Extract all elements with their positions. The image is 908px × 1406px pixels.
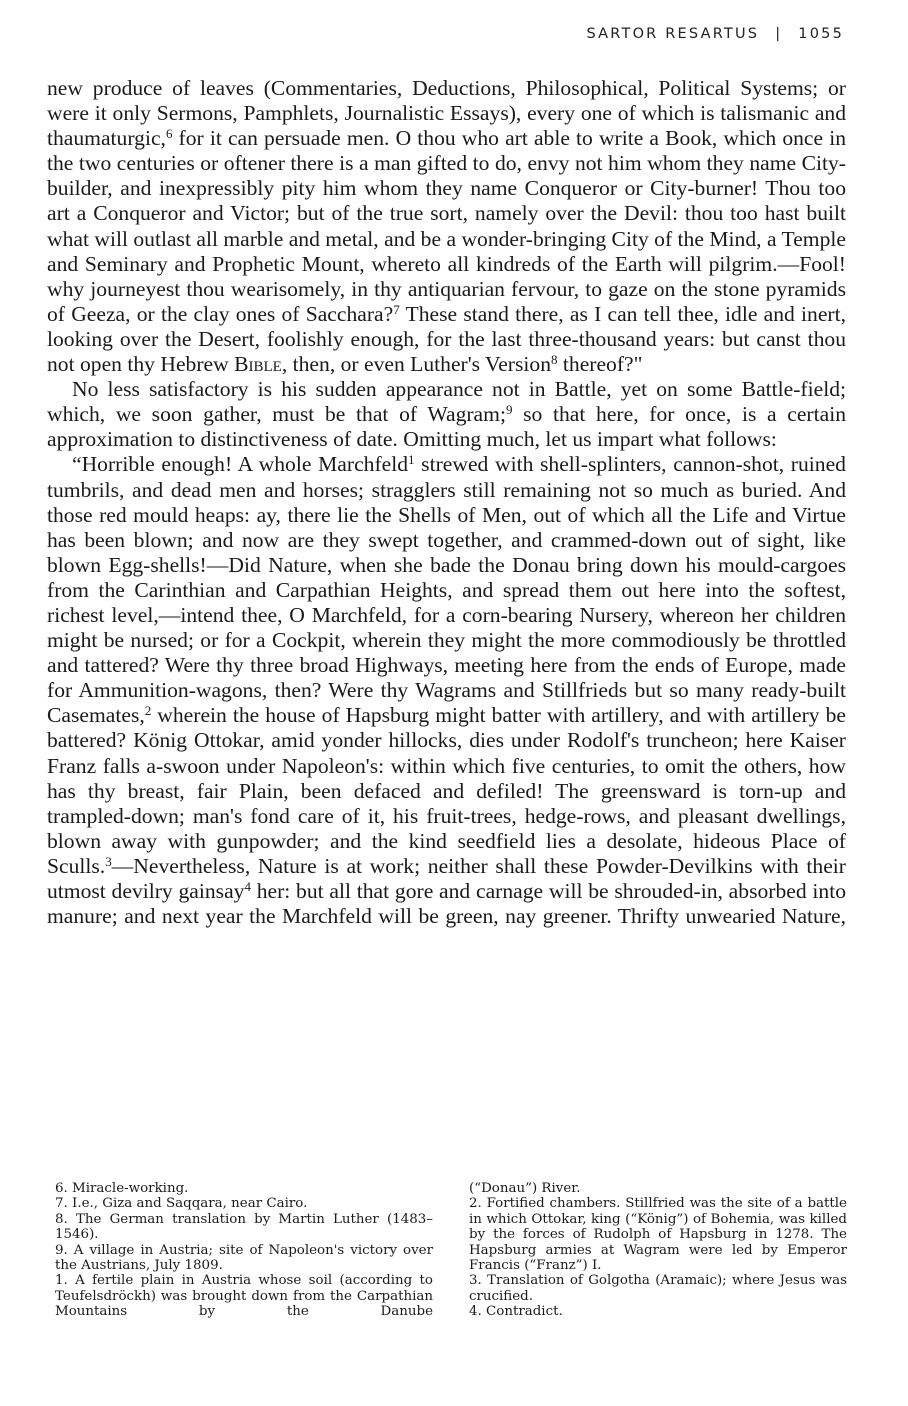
main-text: new produce of leaves (Commentaries, Ded… <box>47 76 846 929</box>
text-run: , then, or even Luther's Version <box>282 352 551 376</box>
footnote-2: 2. Fortified chambers. Stillfried was th… <box>469 1196 847 1273</box>
footnotes-left-column: 6. Miracle-working. 7. I.e., Giza and Sa… <box>55 1181 433 1320</box>
text-run: thereof?" <box>558 352 643 376</box>
paragraph-continuation: new produce of leaves (Commentaries, Ded… <box>47 76 846 377</box>
footnote-6: 6. Miracle-working. <box>55 1181 433 1196</box>
footnote-7: 7. I.e., Giza and Saqqara, near Cairo. <box>55 1196 433 1211</box>
paragraph-marchfeld: “Horrible enough! A whole Marchfeld1 str… <box>47 452 846 929</box>
page-number: 1055 <box>798 26 844 42</box>
text-run: wherein the house of Hapsburg might batt… <box>47 703 846 878</box>
text-run: for it can persuade men. O thou who art … <box>47 126 846 326</box>
footnotes: 6. Miracle-working. 7. I.e., Giza and Sa… <box>55 1181 847 1320</box>
footnote-9: 9. A village in Austria; site of Napoleo… <box>55 1243 433 1274</box>
footnote-1-continued: (“Donau”) River. <box>469 1181 847 1196</box>
footnote-4: 4. Contradict. <box>469 1304 847 1319</box>
bible-smallcaps: Bible <box>234 352 282 376</box>
footnote-3: 3. Translation of Golgotha (Aramaic); wh… <box>469 1273 847 1304</box>
footnotes-right-column: (“Donau”) River. 2. Fortified chambers. … <box>469 1181 847 1320</box>
footnote-ref-4[interactable]: 4 <box>244 879 251 894</box>
footnote-ref-8[interactable]: 8 <box>551 352 558 367</box>
paragraph-wagram: No less satisfactory is his sudden appea… <box>47 377 846 452</box>
footnote-ref-6[interactable]: 6 <box>166 126 173 141</box>
footnote-ref-1[interactable]: 1 <box>408 452 415 467</box>
running-head-separator: | <box>775 26 782 42</box>
footnote-1: 1. A fertile plain in Austria whose soil… <box>55 1273 433 1319</box>
footnote-ref-7[interactable]: 7 <box>393 302 400 317</box>
running-head: SARTOR RESARTUS|1055 <box>587 26 845 42</box>
footnote-ref-9[interactable]: 9 <box>506 402 513 417</box>
footnote-ref-3[interactable]: 3 <box>105 854 112 869</box>
footnote-ref-2[interactable]: 2 <box>145 703 152 718</box>
text-run: strewed with shell-splinters, cannon-sho… <box>47 452 846 727</box>
text-run: “Horrible enough! A whole Marchfeld <box>72 452 408 476</box>
running-head-title: SARTOR RESARTUS <box>587 26 760 42</box>
footnote-8: 8. The German translation by Martin Luth… <box>55 1212 433 1243</box>
